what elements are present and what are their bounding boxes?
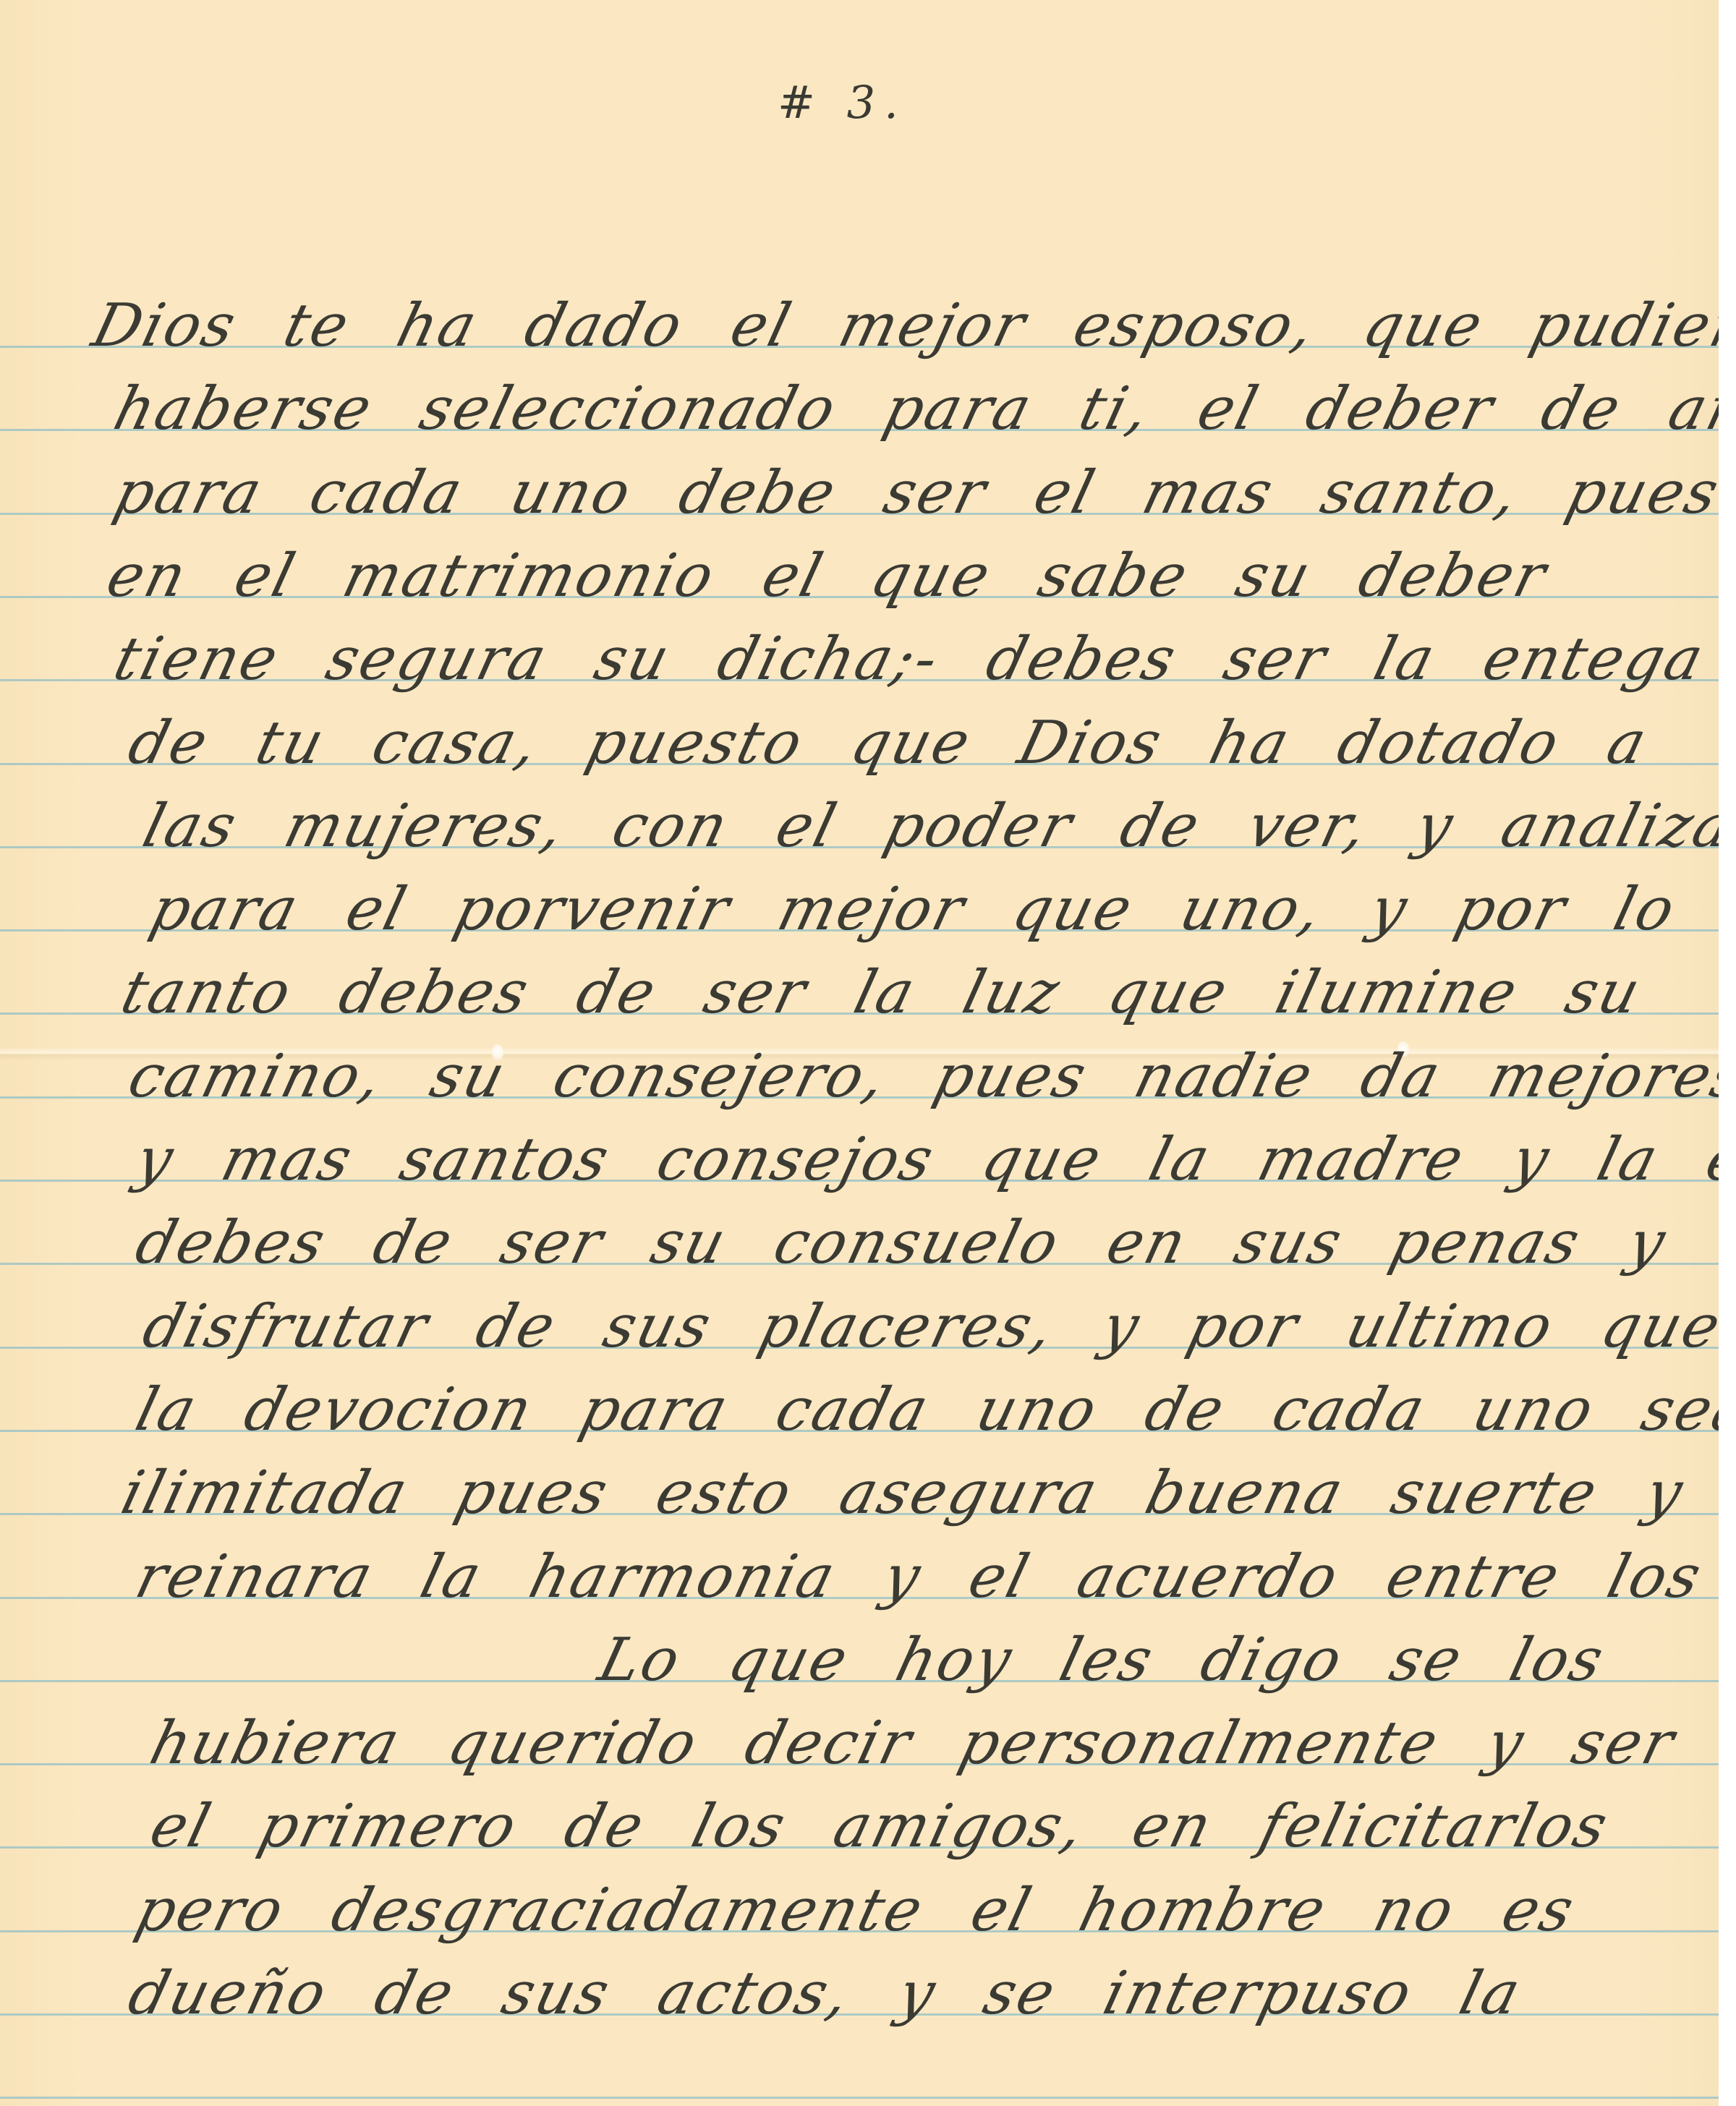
text-line: disfrutar de sus placeres, y por ultimo … bbox=[137, 1297, 1719, 1357]
text-line: para el porvenir mejor que uno, y por lo bbox=[145, 880, 1682, 939]
text-line: para cada uno debe ser el mas santo, pue… bbox=[109, 464, 1719, 523]
text-line: dueño de sus actos, y se interpuso la bbox=[123, 1964, 1528, 2024]
text-line: el primero de los amigos, en felicitarlo… bbox=[145, 1797, 1614, 1856]
text-line: tanto debes de ser la luz que ilumine su bbox=[116, 963, 1648, 1023]
letter-page: # 3. Dios te ha dado el mejor esposo, qu… bbox=[0, 0, 1719, 2106]
text-line: debes de ser su consuelo en sus penas y bbox=[130, 1214, 1672, 1273]
page-number-marker: # 3. bbox=[778, 76, 907, 129]
text-line: Lo que hoy les digo se los bbox=[593, 1631, 1611, 1690]
text-line: camino, su consejero, pues nadie da mejo… bbox=[123, 1047, 1719, 1107]
text-line: la devocion para cada uno de cada uno se… bbox=[130, 1381, 1719, 1440]
text-line: hubiera querido decir personalmente y se… bbox=[145, 1714, 1682, 1773]
text-line: y mas santos consejos que la madre y la … bbox=[130, 1130, 1719, 1190]
text-line: haberse seleccionado para ti, el deber d… bbox=[109, 380, 1719, 439]
text-line: las mujeres, con el poder de ver, y anal… bbox=[137, 797, 1719, 856]
text-line: pero desgraciadamente el hombre no es bbox=[130, 1881, 1581, 1940]
text-line: Dios te ha dado el mejor esposo, que pud… bbox=[87, 297, 1719, 356]
text-line: de tu casa, puesto que Dios ha dotado a bbox=[123, 714, 1654, 773]
text-line: reinara la harmonia y el acuerdo entre l… bbox=[130, 1548, 1719, 1607]
text-line: ilimitada pues esto asegura buena suerte… bbox=[116, 1464, 1690, 1523]
text-line: tiene segura su dicha;- debes ser la ent… bbox=[109, 630, 1711, 689]
ruled-line bbox=[0, 2097, 1719, 2099]
text-line: en el matrimonio el que sabe su deber bbox=[101, 547, 1553, 606]
